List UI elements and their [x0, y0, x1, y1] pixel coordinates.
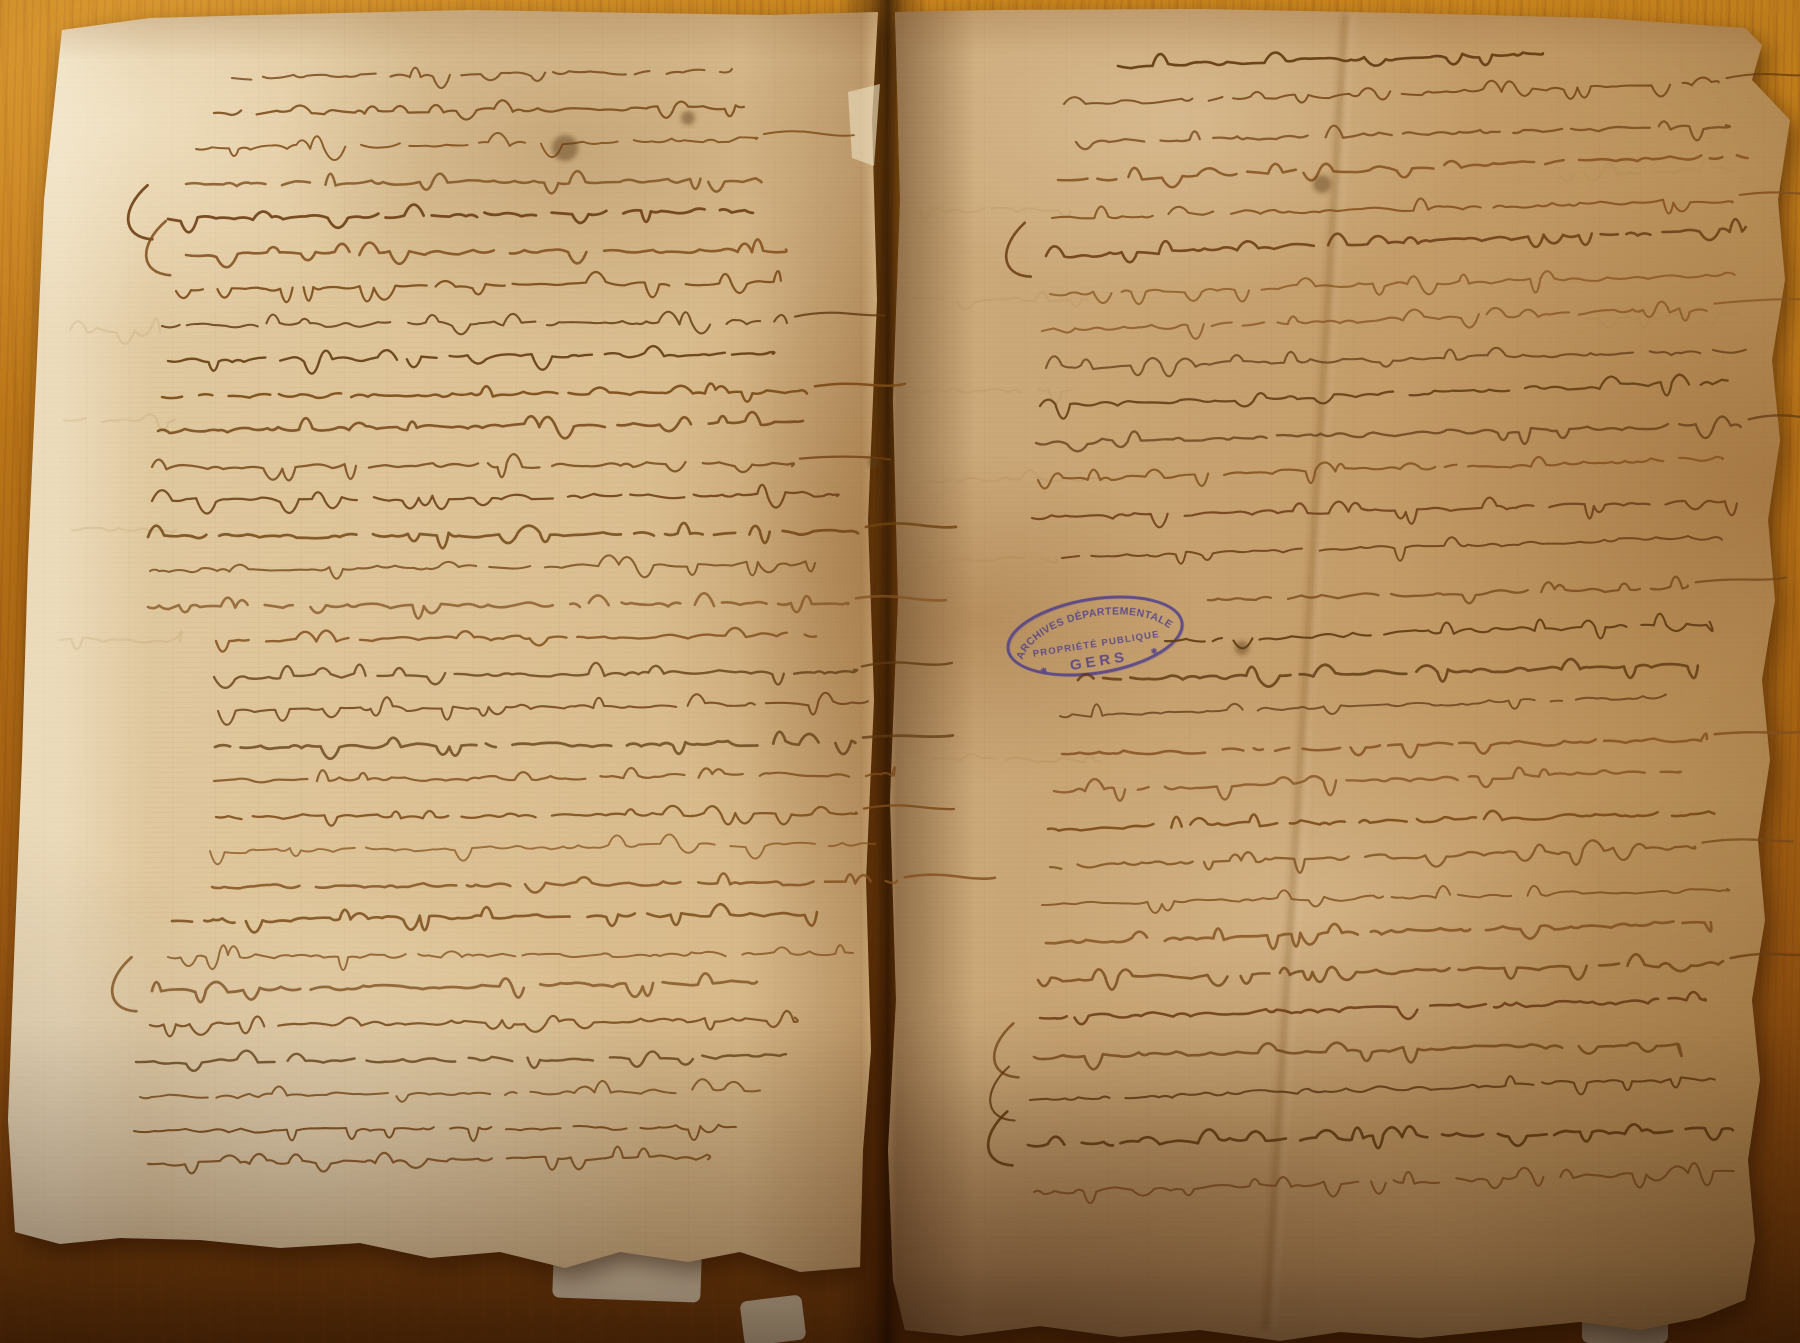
folded-corner-flap [848, 84, 880, 166]
handwritten-line [210, 832, 875, 864]
handwritten-line [1046, 912, 1712, 956]
handwritten-line [196, 127, 854, 164]
handwritten-line [186, 170, 762, 196]
handwritten-line [1064, 70, 1800, 115]
archive-stamp: ARCHIVES DÉPARTEMENTALES PROPRIÉTÉ PUBLI… [1002, 585, 1189, 687]
handwritten-line [216, 804, 954, 827]
handwritten-line [912, 389, 1072, 404]
bleedthrough-handwriting [60, 158, 1738, 763]
handwritten-line [1040, 373, 1729, 420]
handwritten-line [168, 942, 853, 971]
handwritten-line [1052, 187, 1800, 229]
ink-blot [868, 456, 880, 468]
handwritten-line [1046, 339, 1746, 379]
handwritten-line [146, 216, 787, 276]
handwritten-line [64, 414, 176, 430]
handwritten-line [162, 382, 905, 407]
handwritten-line [1034, 1162, 1734, 1205]
handwritten-line [1076, 116, 1731, 156]
ink-blot [1235, 641, 1249, 655]
handwritten-line [993, 1009, 1681, 1077]
ink-blots [552, 111, 1331, 655]
handwritten-line [1208, 574, 1786, 610]
handwritten-line [148, 1146, 710, 1175]
handwritten-line [1118, 43, 1543, 75]
handwritten-line [112, 949, 757, 1012]
handwritten-line [162, 310, 885, 337]
handwritten-line [70, 319, 160, 344]
ink-blot [1313, 175, 1331, 193]
handwritten-line [1585, 312, 1738, 330]
handwritten-line [148, 592, 946, 620]
handwritten-line [214, 764, 895, 783]
handwritten-line [1050, 834, 1793, 880]
handwritten-line [1038, 450, 1724, 492]
handwritten-line [1042, 880, 1730, 915]
manuscript-photo: ARCHIVES DÉPARTEMENTALES PROPRIÉTÉ PUBLI… [0, 0, 1800, 1343]
handwritten-line [920, 208, 1070, 219]
ink-blot [552, 135, 578, 161]
handwritten-line [152, 483, 839, 514]
handwritten-line [172, 903, 817, 933]
handwritten-line [1062, 731, 1800, 765]
handwritten-line [987, 1095, 1733, 1166]
handwritten-line [128, 177, 754, 240]
handwritten-line [1042, 297, 1800, 344]
handwritten-line [1062, 529, 1722, 571]
handwritten-line [158, 411, 803, 444]
handwritten-line [1048, 803, 1715, 831]
stamp-deco-right: ✱ [1150, 646, 1158, 656]
handwritten-line [1058, 147, 1748, 192]
handwritten-line [150, 1011, 798, 1037]
handwritten-line [134, 1125, 736, 1144]
handwritten-line [1038, 950, 1800, 993]
handwritten-line [1054, 760, 1682, 805]
ink-and-stamp-layer: ARCHIVES DÉPARTEMENTALES PROPRIÉTÉ PUBLI… [0, 0, 1800, 1343]
handwritten-line [150, 553, 815, 583]
handwritten-line [900, 470, 1104, 482]
handwritten-line [176, 269, 781, 305]
handwritten-line [214, 98, 744, 123]
handwritten-line [215, 731, 953, 760]
handwritten-line [148, 520, 956, 550]
handwritten-line [216, 625, 816, 651]
handwritten-line [214, 659, 952, 689]
handwritten-line [1050, 266, 1735, 307]
handwritten-line [232, 63, 732, 91]
stamp-deco-left: ✱ [1040, 666, 1048, 676]
handwritten-line [168, 345, 775, 376]
right-page-handwriting [987, 43, 1800, 1204]
handwritten-line [1078, 656, 1698, 693]
handwritten-line [1032, 492, 1737, 532]
handwritten-line [152, 452, 890, 481]
handwritten-line [930, 754, 1100, 762]
handwritten-line [1060, 686, 1667, 723]
ink-blot [681, 111, 695, 125]
handwritten-line [989, 1044, 1715, 1121]
handwritten-line [1040, 992, 1706, 1030]
left-page-handwriting [112, 63, 995, 1174]
handwritten-line [218, 691, 868, 725]
handwritten-line [136, 1046, 786, 1071]
handwritten-line [212, 872, 995, 895]
handwritten-line [1036, 413, 1800, 457]
handwritten-line [60, 632, 182, 650]
handwritten-line [140, 1079, 760, 1105]
handwritten-line [915, 551, 1057, 573]
